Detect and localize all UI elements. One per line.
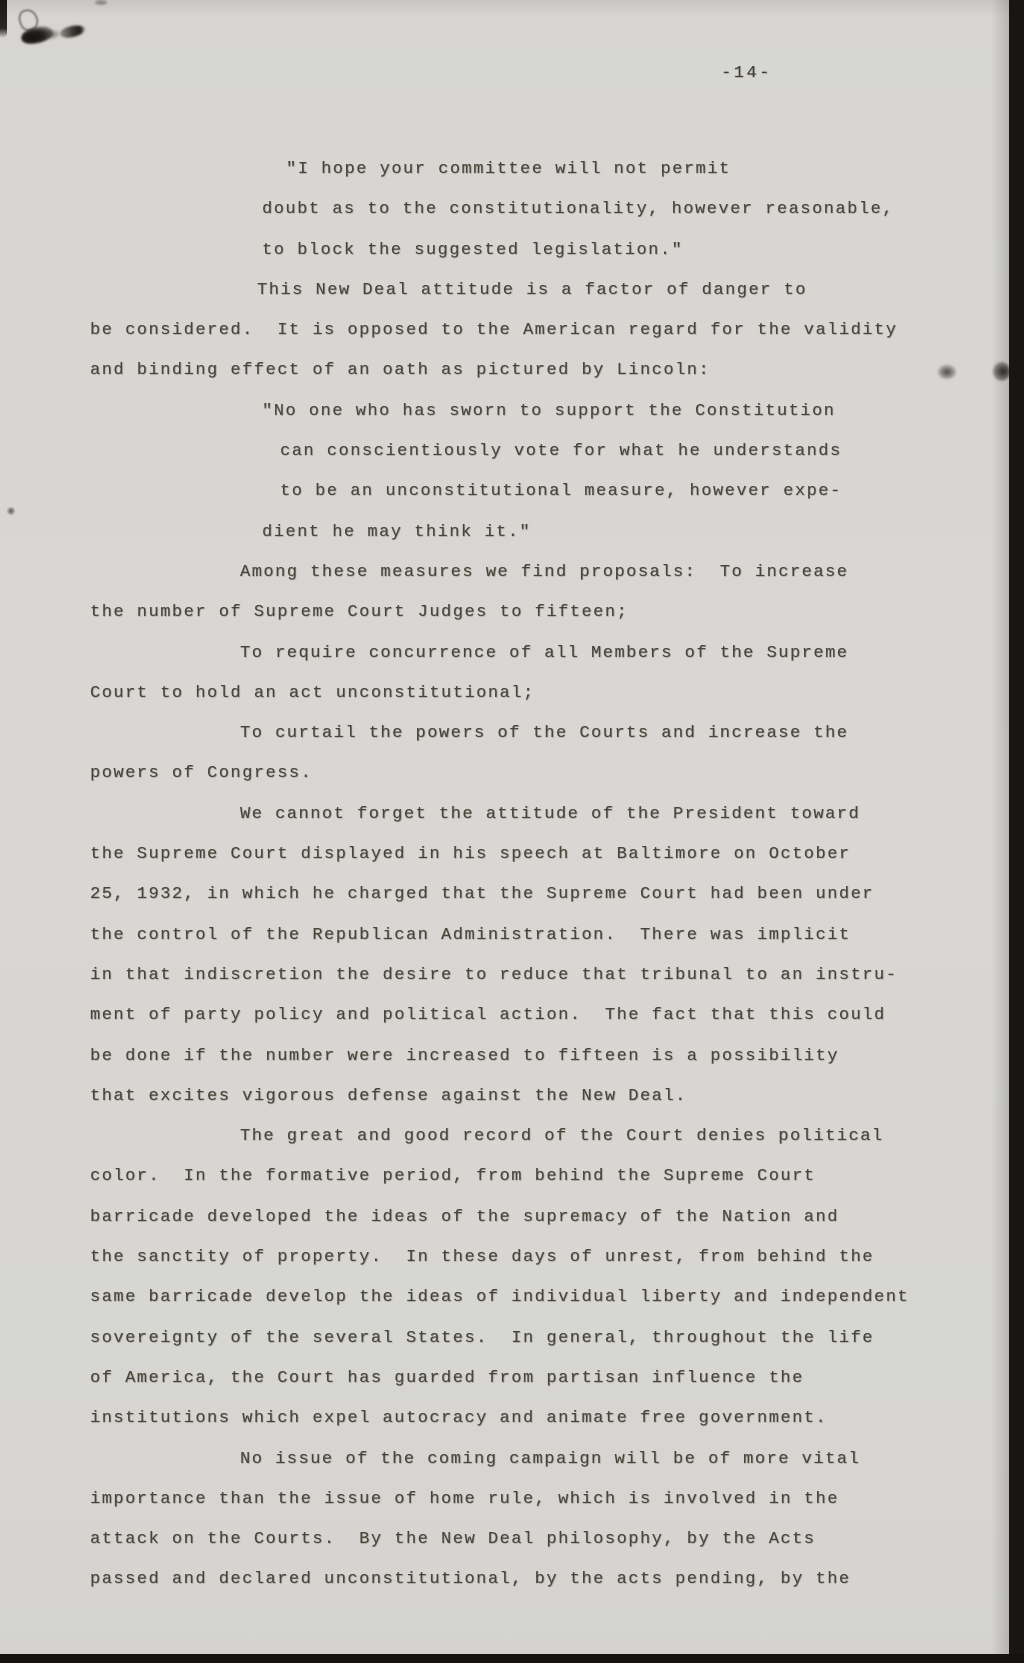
scan-speck-right: [938, 365, 956, 379]
text-line: be considered. It is opposed to the Amer…: [90, 311, 1010, 351]
text-line: attack on the Courts. By the New Deal ph…: [90, 1520, 1010, 1560]
page-number: -14-: [721, 64, 772, 83]
text-line: Among these measures we find proposals: …: [240, 553, 1010, 593]
text-line: barricade developed the ideas of the sup…: [90, 1198, 1010, 1238]
text-line: ment of party policy and political actio…: [90, 996, 1010, 1036]
text-line: the number of Supreme Court Judges to fi…: [90, 593, 1010, 633]
text-line: the control of the Republican Administra…: [90, 916, 1010, 956]
text-line: the sanctity of property. In these days …: [90, 1238, 1010, 1278]
text-line: To curtail the powers of the Courts and …: [240, 714, 1010, 754]
text-line: "No one who has sworn to support the Con…: [262, 392, 1010, 432]
text-line: that excites vigorous defense against th…: [90, 1077, 1010, 1117]
text-line: powers of Congress.: [90, 754, 1010, 794]
scan-edge-bottom: [0, 1654, 1024, 1663]
text-line: doubt as to the constitutionality, howev…: [262, 190, 1010, 230]
text-line: Court to hold an act unconstitutional;: [90, 674, 1010, 714]
text-line: passed and declared unconstitutional, by…: [90, 1560, 1010, 1600]
text-line: and binding effect of an oath as picture…: [90, 351, 1010, 391]
text-line: color. In the formative period, from beh…: [90, 1157, 1010, 1197]
text-line: importance than the issue of home rule, …: [90, 1480, 1010, 1520]
text-line: institutions which expel autocracy and a…: [90, 1399, 1010, 1439]
text-line: the Supreme Court displayed in his speec…: [90, 835, 1010, 875]
scan-edge-right: [1009, 0, 1024, 1663]
text-line: can conscientiously vote for what he und…: [280, 432, 1010, 472]
text-line: dient he may think it.": [262, 513, 1010, 553]
text-line: of America, the Court has guarded from p…: [90, 1359, 1010, 1399]
text-line: No issue of the coming campaign will be …: [240, 1440, 1010, 1480]
text-line: to block the suggested legislation.": [262, 231, 1010, 271]
text-line: in that indiscretion the desire to reduc…: [90, 956, 1010, 996]
scan-corner-mark: [0, 0, 7, 38]
ink-smudge-tail: [43, 29, 60, 40]
document-body: "I hope your committee will not permitdo…: [90, 150, 1010, 1601]
scan-speck-top: [95, 0, 107, 5]
text-line: to be an unconstitutional measure, howev…: [280, 472, 1010, 512]
text-line: The great and good record of the Court d…: [240, 1117, 1010, 1157]
scanned-document-page: -14- "I hope your committee will not per…: [0, 0, 1024, 1663]
text-line: same barricade develop the ideas of indi…: [90, 1278, 1010, 1318]
text-line: We cannot forget the attitude of the Pre…: [240, 795, 1010, 835]
text-line: To require concurrence of all Members of…: [240, 634, 1010, 674]
scan-speck-left: [7, 507, 15, 515]
text-line: be done if the number were increased to …: [90, 1037, 1010, 1077]
text-line: "I hope your committee will not permit: [286, 150, 1010, 190]
scan-edge-shadow: [991, 0, 1009, 1663]
text-line: 25, 1932, in which he charged that the S…: [90, 875, 1010, 915]
text-line: sovereignty of the several States. In ge…: [90, 1319, 1010, 1359]
text-line: This New Deal attitude is a factor of da…: [257, 271, 1010, 311]
ink-smudge-streak: [59, 23, 86, 40]
